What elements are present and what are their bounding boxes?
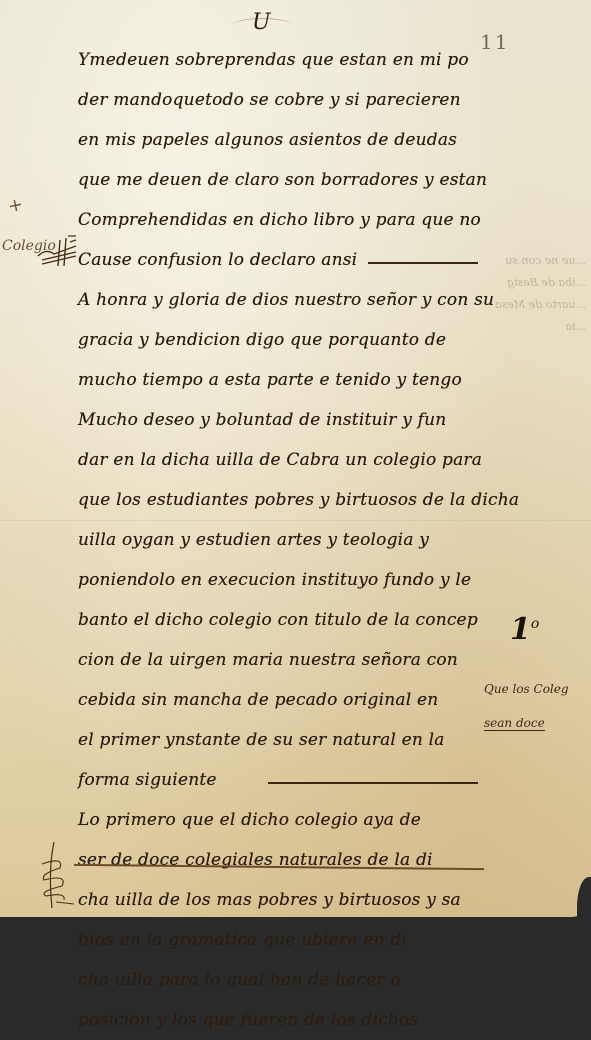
text-line: ser de doce colegiales naturales de la d… <box>78 840 478 880</box>
bleed-line: ...uarto de Mesa <box>486 294 586 316</box>
text-line-ruled: Cause confusion lo declaro ansi <box>78 240 478 280</box>
rubric-flourish-icon <box>34 840 74 910</box>
folio-header-mark: U <box>252 10 271 35</box>
item-number-suffix: o <box>531 616 539 632</box>
margin-cross-mark: + <box>6 194 25 218</box>
torn-corner <box>577 877 591 917</box>
text-line: uilla oygan y estudien artes y teologia … <box>78 520 478 560</box>
text-line: Ymedeuen sobreprendas que estan en mi po <box>78 40 478 80</box>
margin-item-number: 1o <box>510 612 539 647</box>
text-line: der mandoquetodo se cobre y si pareciere… <box>78 80 478 120</box>
text-line-ruled: forma siguiente <box>78 760 478 800</box>
margin-note-right: Que los Coleg sean doce <box>484 672 589 740</box>
item-number: 1 <box>510 612 531 647</box>
text-line: A honra y gloria de dios nuestro señor y… <box>78 280 478 320</box>
paragraph-flourish-icon <box>36 234 78 268</box>
text-line: cebida sin mancha de pecado original en <box>78 680 478 720</box>
manuscript-page: U 11 ...ue ne con su ...iba de Besig ...… <box>0 0 591 917</box>
bleed-line: ...ia <box>486 316 586 338</box>
text-line: cion de la uirgen maria nuestra señora c… <box>78 640 478 680</box>
bleed-line: ...iba de Besig <box>486 272 586 294</box>
manuscript-body: Ymedeuen sobreprendas que estan en mi po… <box>78 40 478 917</box>
text-line: Mucho deseo y boluntad de instituir y fu… <box>78 400 478 440</box>
margin-note-line: Que los Coleg <box>484 672 589 706</box>
text-line: que los estudiantes pobres y birtuosos d… <box>78 480 478 520</box>
text-line: poniendolo en execucion instituyo fundo … <box>78 560 478 600</box>
text-line: en mis papeles algunos asientos de deuda… <box>78 120 478 160</box>
text-line: cha uilla de los mas pobres y birtuosos … <box>78 880 478 917</box>
bleed-line: ...ue ne con su <box>486 250 586 272</box>
margin-note-line: sean doce <box>484 716 545 731</box>
text-line: gracia y bendicion digo que porquanto de <box>78 320 478 360</box>
text-line: banto el dicho colegio con titulo de la … <box>78 600 478 640</box>
bleed-through-text: ...ue ne con su ...iba de Besig ...uarto… <box>486 250 586 338</box>
text-line: Lo primero que el dicho colegio aya de <box>78 800 478 840</box>
text-line: que me deuen de claro son borradores y e… <box>78 160 478 200</box>
text-line: mucho tiempo a esta parte e tenido y ten… <box>78 360 478 400</box>
text-line: dar en la dicha uilla de Cabra un colegi… <box>78 440 478 480</box>
folio-number: 11 <box>480 30 509 54</box>
text-line: el primer ynstante de su ser natural en … <box>78 720 478 760</box>
text-line: Comprehendidas en dicho libro y para que… <box>78 200 478 240</box>
